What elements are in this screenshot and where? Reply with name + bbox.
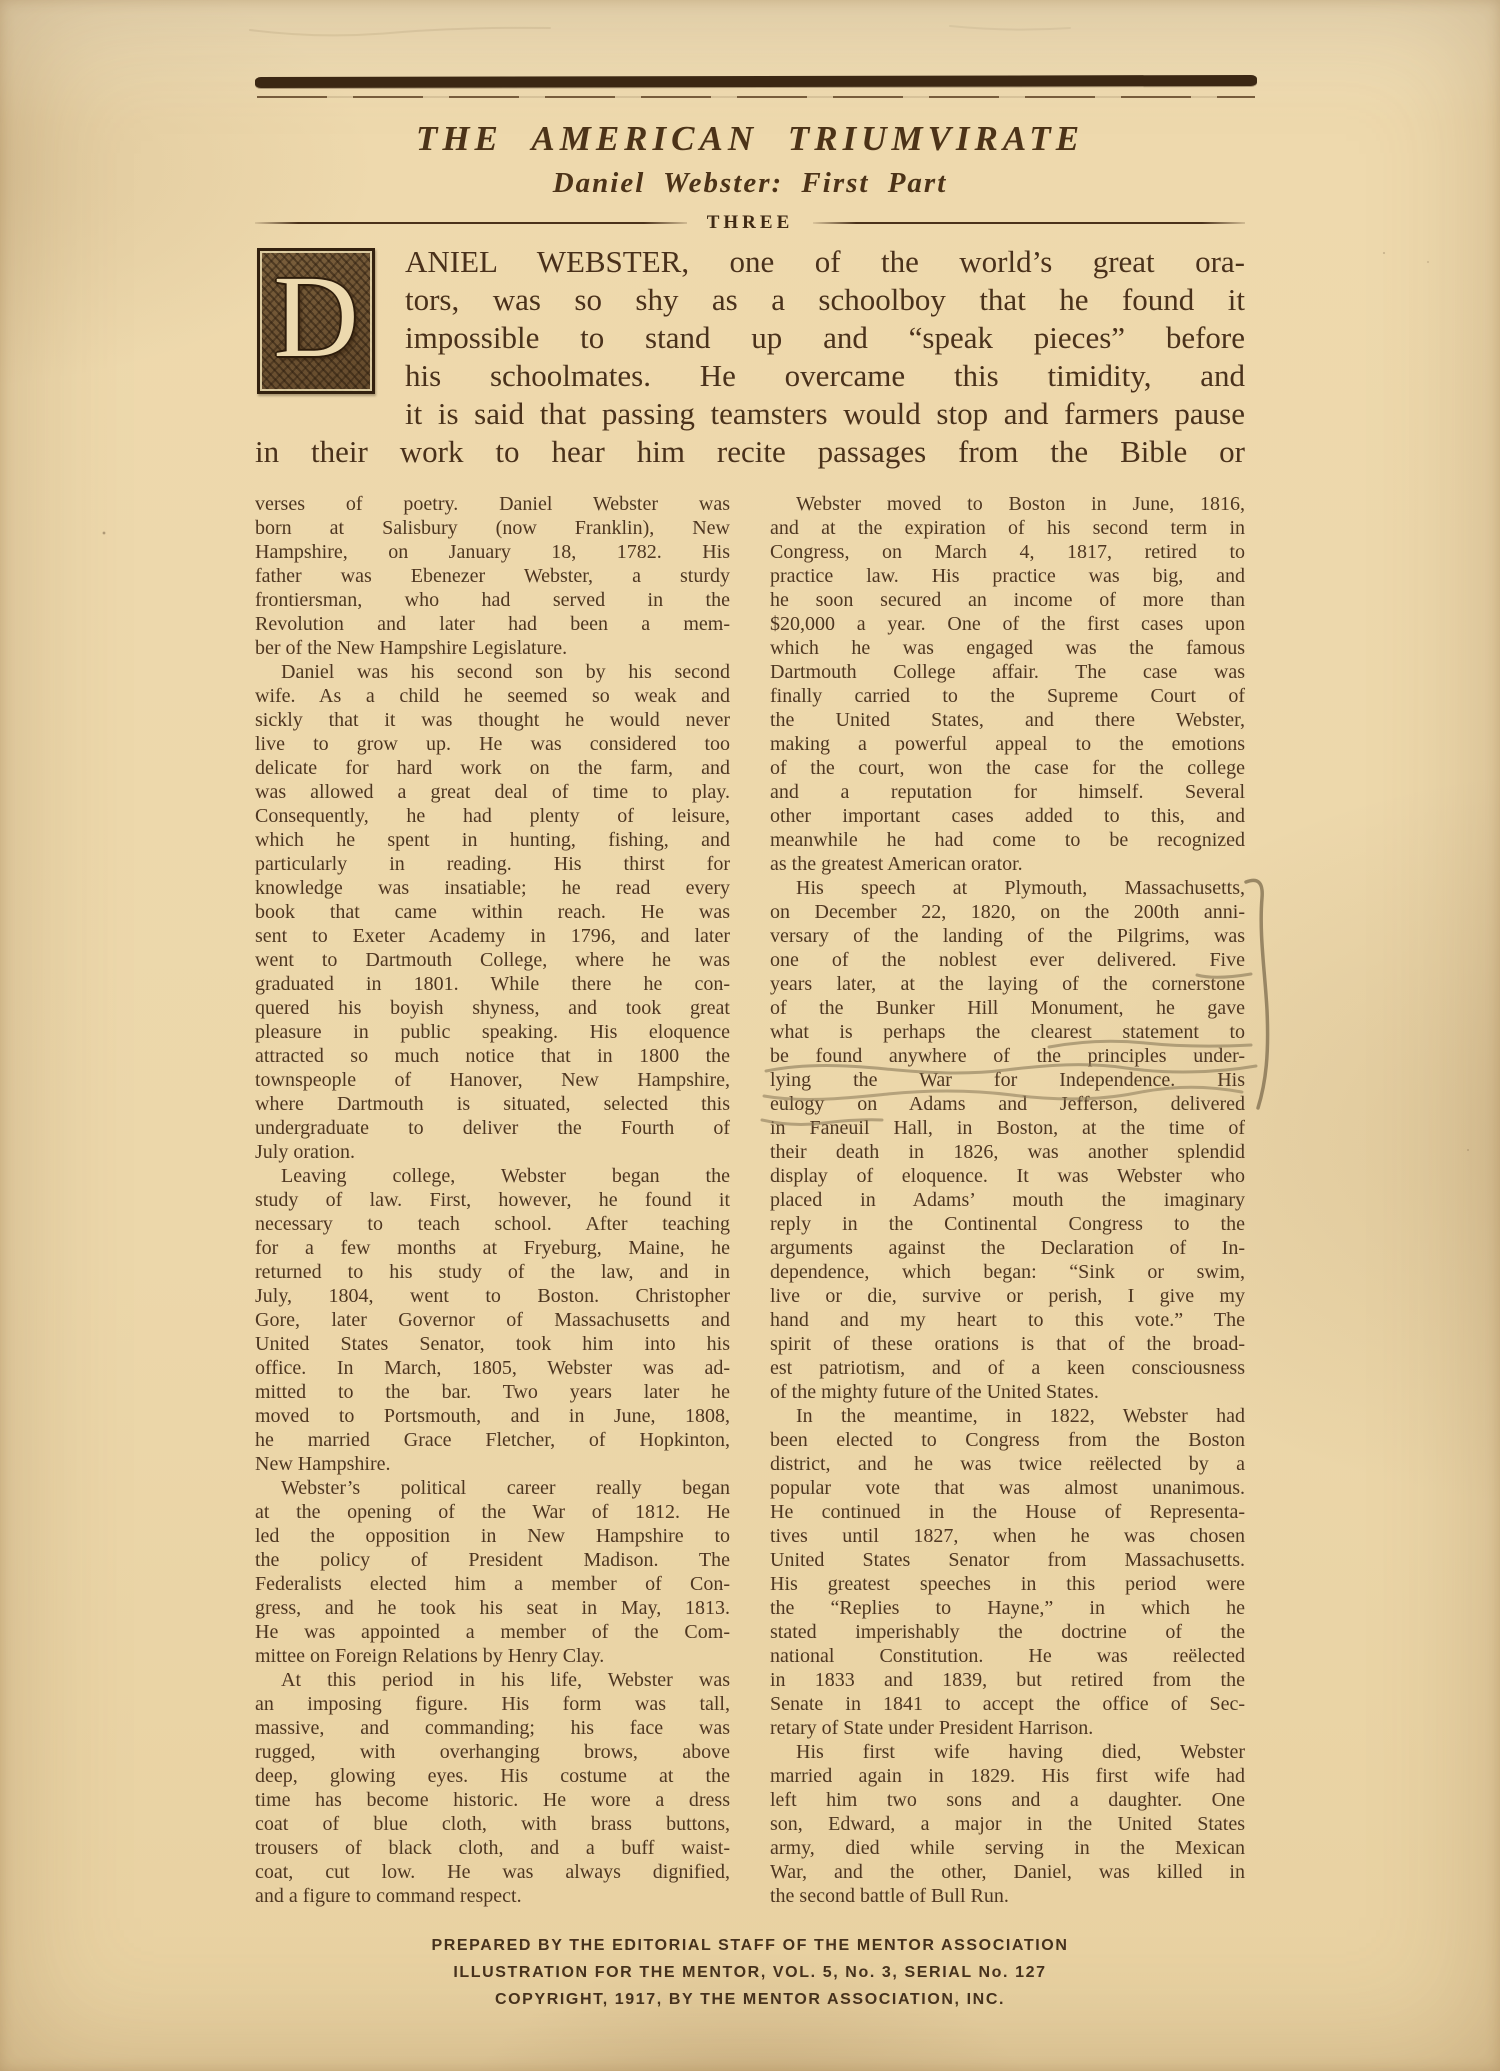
text-line: mittee on Foreign Relations by Henry Cla… xyxy=(255,1644,730,1668)
paragraph: His speech at Plymouth, Massachusetts,on… xyxy=(770,876,1245,1404)
paragraph: His first wife having died, Webstermarri… xyxy=(770,1740,1245,1908)
text-line: deep, glowing eyes. His costume at the xyxy=(255,1764,730,1788)
magazine-page: THE AMERICAN TRIUMVIRATE Daniel Webster:… xyxy=(0,0,1500,2071)
text-line: and a reputation for himself. Several xyxy=(770,780,1245,804)
text-line: and at the expiration of his second term… xyxy=(770,516,1245,540)
text-line: practice law. His practice was big, and xyxy=(770,564,1245,588)
text-line: ANIEL WEBSTER, one of the world’s great … xyxy=(405,243,1245,281)
text-line: est patriotism, and of a keen consciousn… xyxy=(770,1356,1245,1380)
paragraph: verses of poetry. Daniel Webster wasborn… xyxy=(255,492,730,660)
text-line: married again in 1829. His first wife ha… xyxy=(770,1764,1245,1788)
text-line: massive, and commanding; his face was xyxy=(255,1716,730,1740)
text-line: versary of the landing of the Pilgrims, … xyxy=(770,924,1245,948)
text-line: tives until 1827, when he was chosen xyxy=(770,1524,1245,1548)
lead-paragraph: D ANIEL WEBSTER, one of the world’s grea… xyxy=(255,243,1245,471)
text-line: He continued in the House of Representa- xyxy=(770,1500,1245,1524)
text-line: verses of poetry. Daniel Webster was xyxy=(255,492,730,516)
text-line: other important cases added to this, and xyxy=(770,804,1245,828)
paragraph: In the meantime, in 1822, Webster hadbee… xyxy=(770,1404,1245,1740)
text-line: coat, cut low. He was always dignified, xyxy=(255,1860,730,1884)
text-line: born at Salisbury (now Franklin), New xyxy=(255,516,730,540)
text-line: of the court, won the case for the colle… xyxy=(770,756,1245,780)
text-line: sickly that it was thought he would neve… xyxy=(255,708,730,732)
text-line: Hampshire, on January 18, 1782. His xyxy=(255,540,730,564)
paragraph: Webster moved to Boston in June, 1816,an… xyxy=(770,492,1245,876)
pencil-bracket xyxy=(1246,880,1268,1108)
text-line: on December 22, 1820, on the 200th anni- xyxy=(770,900,1245,924)
text-line: townspeople of Hanover, New Hampshire, xyxy=(255,1068,730,1092)
text-line: Revolution and later had been a mem- xyxy=(255,612,730,636)
text-line: at the opening of the War of 1812. He xyxy=(255,1500,730,1524)
right-column: Webster moved to Boston in June, 1816,an… xyxy=(770,492,1245,1908)
text-line: display of eloquence. It was Webster who xyxy=(770,1164,1245,1188)
text-line: coat of blue cloth, with brass buttons, xyxy=(255,1812,730,1836)
text-line: the second battle of Bull Run. xyxy=(770,1884,1245,1908)
text-line: pleasure in public speaking. His eloquen… xyxy=(255,1020,730,1044)
text-line: Dartmouth College affair. The case was xyxy=(770,660,1245,684)
text-line: of the mighty future of the United State… xyxy=(770,1380,1245,1404)
text-line: Webster moved to Boston in June, 1816, xyxy=(770,492,1245,516)
text-line: delicate for hard work on the farm, and xyxy=(255,756,730,780)
text-line: army, died while serving in the Mexican xyxy=(770,1836,1245,1860)
text-line: spirit of these orations is that of the … xyxy=(770,1332,1245,1356)
text-line: making a powerful appeal to the emotions xyxy=(770,732,1245,756)
text-line: reply in the Continental Congress to the xyxy=(770,1212,1245,1236)
text-line: frontiersman, who had served in the xyxy=(255,588,730,612)
text-line: of the Bunker Hill Monument, he gave xyxy=(770,996,1245,1020)
text-line: mitted to the bar. Two years later he xyxy=(255,1380,730,1404)
text-line: popular vote that was almost unanimous. xyxy=(770,1476,1245,1500)
text-line: particularly in reading. His thirst for xyxy=(255,852,730,876)
text-line: was allowed a great deal of time to play… xyxy=(255,780,730,804)
text-line: it is said that passing teamsters would … xyxy=(405,395,1245,433)
text-line: PREPARED BY THE EDITORIAL STAFF OF THE M… xyxy=(255,1932,1245,1959)
text-line: returned to his study of the law, and in xyxy=(255,1260,730,1284)
text-line: he soon secured an income of more than xyxy=(770,588,1245,612)
text-line: He was appointed a member of the Com- xyxy=(255,1620,730,1644)
text-line: he married Grace Fletcher, of Hopkinton, xyxy=(255,1428,730,1452)
text-line: Consequently, he had plenty of leisure, xyxy=(255,804,730,828)
text-line: stated imperishably the doctrine of the xyxy=(770,1620,1245,1644)
page-number-label: THREE xyxy=(707,212,794,234)
text-line: which he was engaged was the famous xyxy=(770,636,1245,660)
text-line: United States Senator from Massachusetts… xyxy=(770,1548,1245,1572)
text-line: Webster’s political career really began xyxy=(255,1476,730,1500)
text-line: as the greatest American orator. xyxy=(770,852,1245,876)
dropcap-letter: D xyxy=(273,258,358,384)
text-line: graduated in 1801. While there he con- xyxy=(255,972,730,996)
text-line: impossible to stand up and “speak pieces… xyxy=(405,319,1245,357)
text-line: $20,000 a year. One of the first cases u… xyxy=(770,612,1245,636)
paragraph: Webster’s political career really begana… xyxy=(255,1476,730,1668)
text-line: led the opposition in New Hampshire to xyxy=(255,1524,730,1548)
text-line: the United States, and there Webster, xyxy=(770,708,1245,732)
text-line: Senate in 1841 to accept the office of S… xyxy=(770,1692,1245,1716)
text-line: national Constitution. He was reëlected xyxy=(770,1644,1245,1668)
text-line: July, 1804, went to Boston. Christopher xyxy=(255,1284,730,1308)
body-columns: verses of poetry. Daniel Webster wasborn… xyxy=(255,492,1245,1908)
text-line: the policy of President Madison. The xyxy=(255,1548,730,1572)
text-line: His speech at Plymouth, Massachusetts, xyxy=(770,876,1245,900)
text-line: His greatest speeches in this period wer… xyxy=(770,1572,1245,1596)
text-line: and a figure to command respect. xyxy=(255,1884,730,1908)
text-line: United States Senator, took him into his xyxy=(255,1332,730,1356)
text-line: live to grow up. He was considered too xyxy=(255,732,730,756)
text-line: meanwhile he had come to be recognized xyxy=(770,828,1245,852)
page-number-rule-left xyxy=(255,222,687,224)
text-line: in Faneuil Hall, in Boston, at the time … xyxy=(770,1116,1245,1140)
text-line: Gore, later Governor of Massachusetts an… xyxy=(255,1308,730,1332)
text-line: At this period in his life, Webster was xyxy=(255,1668,730,1692)
dropcap-initial: D xyxy=(257,248,375,394)
text-line: ILLUSTRATION FOR THE MENTOR, VOL. 5, No.… xyxy=(255,1959,1245,1986)
text-line: attracted so much notice that in 1800 th… xyxy=(255,1044,730,1068)
text-line: in their work to hear him recite passage… xyxy=(255,433,1245,471)
text-line: retary of State under President Harrison… xyxy=(770,1716,1245,1740)
left-column: verses of poetry. Daniel Webster wasborn… xyxy=(255,492,730,1908)
text-line: moved to Portsmouth, and in June, 1808, xyxy=(255,1404,730,1428)
text-line: in 1833 and 1839, but retired from the xyxy=(770,1668,1245,1692)
text-line: time has become historic. He wore a dres… xyxy=(255,1788,730,1812)
text-line: his schoolmates. He overcame this timidi… xyxy=(405,357,1245,395)
text-line: In the meantime, in 1822, Webster had xyxy=(770,1404,1245,1428)
text-line: War, and the other, Daniel, was killed i… xyxy=(770,1860,1245,1884)
text-line: left him two sons and a daughter. One xyxy=(770,1788,1245,1812)
text-line: undergraduate to deliver the Fourth of xyxy=(255,1116,730,1140)
text-line: an imposing figure. His form was tall, xyxy=(255,1692,730,1716)
text-line: ber of the New Hampshire Legislature. xyxy=(255,636,730,660)
page-number-rule-right xyxy=(813,222,1245,224)
text-line: which he spent in hunting, fishing, and xyxy=(255,828,730,852)
text-line: His first wife having died, Webster xyxy=(770,1740,1245,1764)
paragraph: At this period in his life, Webster wasa… xyxy=(255,1668,730,1908)
text-line: for a few months at Fryeburg, Maine, he xyxy=(255,1236,730,1260)
text-line: Congress, on March 4, 1817, retired to xyxy=(770,540,1245,564)
imprint-footer: PREPARED BY THE EDITORIAL STAFF OF THE M… xyxy=(255,1932,1245,2013)
text-line: what is perhaps the clearest statement t… xyxy=(770,1020,1245,1044)
page-content: THE AMERICAN TRIUMVIRATE Daniel Webster:… xyxy=(255,0,1245,2071)
paragraph: Leaving college, Webster began thestudy … xyxy=(255,1164,730,1476)
text-line: went to Dartmouth College, where he was xyxy=(255,948,730,972)
text-line: Leaving college, Webster began the xyxy=(255,1164,730,1188)
text-line: trousers of black cloth, and a buff wais… xyxy=(255,1836,730,1860)
text-line: Federalists elected him a member of Con- xyxy=(255,1572,730,1596)
text-line: the “Replies to Hayne,” in which he xyxy=(770,1596,1245,1620)
text-line: live or die, survive or perish, I give m… xyxy=(770,1284,1245,1308)
top-rule-thick xyxy=(255,75,1257,88)
text-line: eulogy on Adams and Jefferson, delivered xyxy=(770,1092,1245,1116)
page-number-row: THREE xyxy=(255,212,1245,234)
text-line: where Dartmouth is situated, selected th… xyxy=(255,1092,730,1116)
text-line: wife. As a child he seemed so weak and xyxy=(255,684,730,708)
text-line: tors, was so shy as a schoolboy that he … xyxy=(405,281,1245,319)
top-rule-thin xyxy=(257,96,1255,98)
text-line: arguments against the Declaration of In- xyxy=(770,1236,1245,1260)
text-line: study of law. First, however, he found i… xyxy=(255,1188,730,1212)
article-title: THE AMERICAN TRIUMVIRATE xyxy=(255,120,1245,159)
lead-paragraph-lines: ANIEL WEBSTER, one of the world’s great … xyxy=(255,243,1245,471)
text-line: years later, at the laying of the corner… xyxy=(770,972,1245,996)
text-line: their death in 1826, was another splendi… xyxy=(770,1140,1245,1164)
text-line: book that came within reach. He was xyxy=(255,900,730,924)
text-line: be found anywhere of the principles unde… xyxy=(770,1044,1245,1068)
text-line: district, and he was twice reëlected by … xyxy=(770,1452,1245,1476)
text-line: sent to Exeter Academy in 1796, and late… xyxy=(255,924,730,948)
text-line: office. In March, 1805, Webster was ad- xyxy=(255,1356,730,1380)
text-line: July oration. xyxy=(255,1140,730,1164)
text-line: finally carried to the Supreme Court of xyxy=(770,684,1245,708)
text-line: been elected to Congress from the Boston xyxy=(770,1428,1245,1452)
article-subtitle: Daniel Webster: First Part xyxy=(255,167,1245,200)
text-line: placed in Adams’ mouth the imaginary xyxy=(770,1188,1245,1212)
text-line: father was Ebenezer Webster, a sturdy xyxy=(255,564,730,588)
text-line: Daniel was his second son by his second xyxy=(255,660,730,684)
paragraph: Daniel was his second son by his secondw… xyxy=(255,660,730,1164)
text-line: dependence, which began: “Sink or swim, xyxy=(770,1260,1245,1284)
text-line: COPYRIGHT, 1917, BY THE MENTOR ASSOCIATI… xyxy=(255,1986,1245,2013)
text-line: knowledge was insatiable; he read every xyxy=(255,876,730,900)
text-line: necessary to teach school. After teachin… xyxy=(255,1212,730,1236)
text-line: lying the War for Independence. His xyxy=(770,1068,1245,1092)
text-line: New Hampshire. xyxy=(255,1452,730,1476)
text-line: son, Edward, a major in the United State… xyxy=(770,1812,1245,1836)
text-line: gress, and he took his seat in May, 1813… xyxy=(255,1596,730,1620)
text-line: rugged, with overhanging brows, above xyxy=(255,1740,730,1764)
text-line: hand and my heart to this vote.” The xyxy=(770,1308,1245,1332)
text-line: quered his boyish shyness, and took grea… xyxy=(255,996,730,1020)
text-line: one of the noblest ever delivered. Five xyxy=(770,948,1245,972)
